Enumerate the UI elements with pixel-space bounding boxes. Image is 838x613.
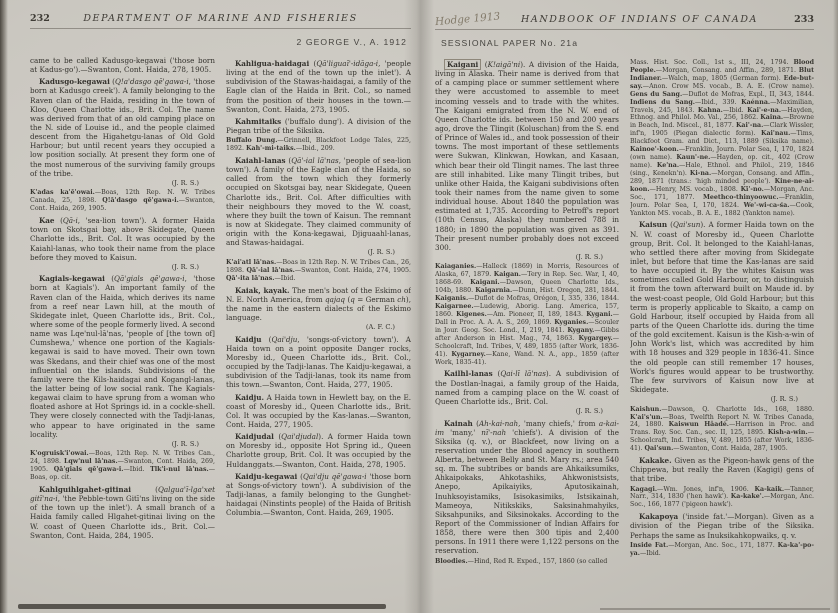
headword: Kaidjudal: [235, 432, 274, 441]
entry-paragraph: Kagials-kegawai (Qā'gials qē'gawa-i, 'th…: [30, 274, 215, 439]
left-page-number: 232: [30, 13, 72, 24]
right-running-head: Hodge 1913 HANDBOOK OF INDIANS OF CANADA…: [435, 13, 814, 30]
headword: Kagials-kegawai: [39, 274, 105, 283]
entry-paragraph: Kaisun (Qai'sun). A former Haida town on…: [630, 220, 814, 394]
entry-paragraph: Kainah (Ah-kai-nah, 'many chiefs,' from …: [435, 419, 619, 556]
citation-paragraph: Inside Fat.—Morgan, Anc. Soc., 171, 1877…: [630, 542, 814, 558]
entry-paragraph: Kaidju. A Haida town in Hewlett bay, on …: [226, 393, 411, 430]
headword: Kahlguihlgahet-gitinai: [39, 485, 131, 494]
citation-paragraph: Kaishun.—Dawson, Q. Charlotte Ids., 168,…: [630, 406, 814, 454]
entry-paragraph: came to be called Kadusgo-kegawai ('thos…: [30, 56, 215, 74]
citation-paragraph: K'ai'atl lā'nas.—Boas in 12th Rep. N. W.…: [226, 259, 411, 283]
entry-paragraph: Kailhl-lanas (Qai-lī lā'nas). A subdivis…: [435, 369, 619, 406]
entry-paragraph: Kaidju (Qai'dju, 'songs-of-victory town'…: [226, 335, 411, 390]
left-page-column-1: came to be called Kadusgo-kegawai ('thos…: [30, 56, 215, 592]
entry-paragraph: Kae (Qā-i, 'sea-lion town'). A former Ha…: [30, 216, 215, 262]
left-page-column-2: Kahligua-haidagai (Qā'liguaī'-idāga-i, '…: [226, 56, 411, 592]
citation-paragraph: Kagagi.—Wm. Jones, inf'n, 1906. Ka-kaik.…: [630, 486, 814, 510]
scan-bottom-artifact: [18, 604, 386, 609]
page-left: 232 DEPARTMENT OF MARINE AND FISHERIES 2…: [0, 0, 419, 613]
right-running-title: HANDBOOK OF INDIANS OF CANADA: [507, 14, 772, 25]
headword: Kaisun: [639, 220, 667, 229]
scanned-book-spread: 232 DEPARTMENT OF MARINE AND FISHERIES 2…: [0, 0, 838, 613]
edition-line: 2 GEORGE V., A. 1912: [30, 37, 411, 47]
headword: Kakapoya: [639, 512, 678, 521]
headword: Kailhl-lanas: [444, 369, 493, 378]
author-initials: (J. R. S.): [30, 179, 215, 188]
citation-paragraph: Bloodies.—Hind, Red R. Exped., 157, 1860…: [435, 558, 619, 566]
entry-paragraph: Kaidjudal (Qai'djudal). A former Haida t…: [226, 432, 411, 469]
left-running-head: 232 DEPARTMENT OF MARINE AND FISHERIES: [30, 13, 411, 29]
right-page-number: 233: [772, 14, 814, 25]
scan-left-edge: [0, 0, 8, 613]
citation-paragraph: K'adas ka'ē'owai.—Boas, 12th Rep. N. W. …: [30, 189, 215, 213]
scan-right-edge: [833, 0, 838, 613]
entry-paragraph: Kahmitaiks ('buffalo dung'). A division …: [226, 117, 411, 135]
entry-paragraph: Kaiahl-lanas (Qā'-ial lā'nas, 'people of…: [226, 156, 411, 247]
citation-paragraph: Buffalo Dung.—Grinnell, Blackfoot Lodge …: [226, 137, 411, 153]
headword: Kakake.: [639, 456, 672, 465]
entry-paragraph: Kakapoya ('inside fat.'—Morgan). Given a…: [630, 512, 814, 539]
session-line: SESSIONAL PAPER No. 21a: [435, 38, 814, 48]
headword: Kaidju: [235, 335, 262, 344]
author-initials: (J. R. S.): [30, 263, 215, 272]
headword-pencil-boxed: Kaigani: [444, 59, 481, 70]
entry-paragraph: Kaigani (K!aigā'ni). A division of the H…: [435, 60, 619, 252]
entry-paragraph: Kakake. Given as the Pigeon-hawk gens of…: [630, 456, 814, 483]
left-running-title: DEPARTMENT OF MARINE AND FISHERIES: [72, 13, 369, 24]
author-initials: (J. R. S.): [30, 440, 215, 449]
headword: Kahmitaiks: [235, 117, 281, 126]
author-initials: (A. F. C.): [226, 323, 411, 332]
headword: Kaidju.: [235, 393, 264, 402]
author-initials: (J. R. S.): [435, 253, 619, 262]
scan-bottom-artifact-right: [600, 608, 830, 610]
citation-paragraph: Mass. Hist. Soc. Coll., 1st s., III, 24,…: [630, 59, 814, 217]
headword: Kahligua-haidagai: [235, 59, 309, 68]
entry-paragraph: Kahlguihlgahet-gitinai (Qalgua'ī-lga'xet…: [30, 485, 215, 540]
headword: Kadusgo-kegawai: [39, 77, 110, 86]
right-page-column-2: Mass. Hist. Soc. Coll., 1st s., III, 24,…: [630, 57, 814, 593]
page-right: Hodge 1913 HANDBOOK OF INDIANS OF CANADA…: [419, 0, 838, 613]
left-page-columns: came to be called Kadusgo-kegawai ('thos…: [30, 56, 411, 592]
headword: Kaiak, kayak.: [235, 286, 290, 295]
headword: Kainah: [444, 419, 473, 428]
author-initials: (J. R. S.): [226, 248, 411, 257]
entry-paragraph: Kahligua-haidagai (Qā'liguaī'-idāga-i, '…: [226, 59, 411, 114]
citation-paragraph: Kaiaganies.—Halleck (1869) in Morris, Re…: [435, 263, 619, 366]
right-page-columns: Kaigani (K!aigā'ni). A division of the H…: [435, 57, 814, 593]
entry-paragraph: Kaiak, kayak. The men's boat of the Eski…: [226, 286, 411, 323]
entry-paragraph: Kaidju-kegawai (Qai'dju qē'gawa-i 'those…: [226, 472, 411, 518]
entry-paragraph: Kadusgo-kegawai (Q!a'dasgo qē'gawa-i, 't…: [30, 77, 215, 178]
author-initials: (J. R. S.): [630, 395, 814, 404]
headword: Kaiahl-lanas: [235, 156, 286, 165]
author-initials: (J. R. S.): [435, 407, 619, 416]
pencil-annotation: Hodge 1913: [435, 10, 508, 28]
headword: Kaidju-kegawai: [235, 472, 297, 481]
headword: Kae: [39, 216, 54, 225]
citation-paragraph: K'ogruisk'i'owai.—Boas, 12th Rep. N. W. …: [30, 450, 215, 482]
right-page-column-1: Kaigani (K!aigā'ni). A division of the H…: [435, 57, 619, 593]
